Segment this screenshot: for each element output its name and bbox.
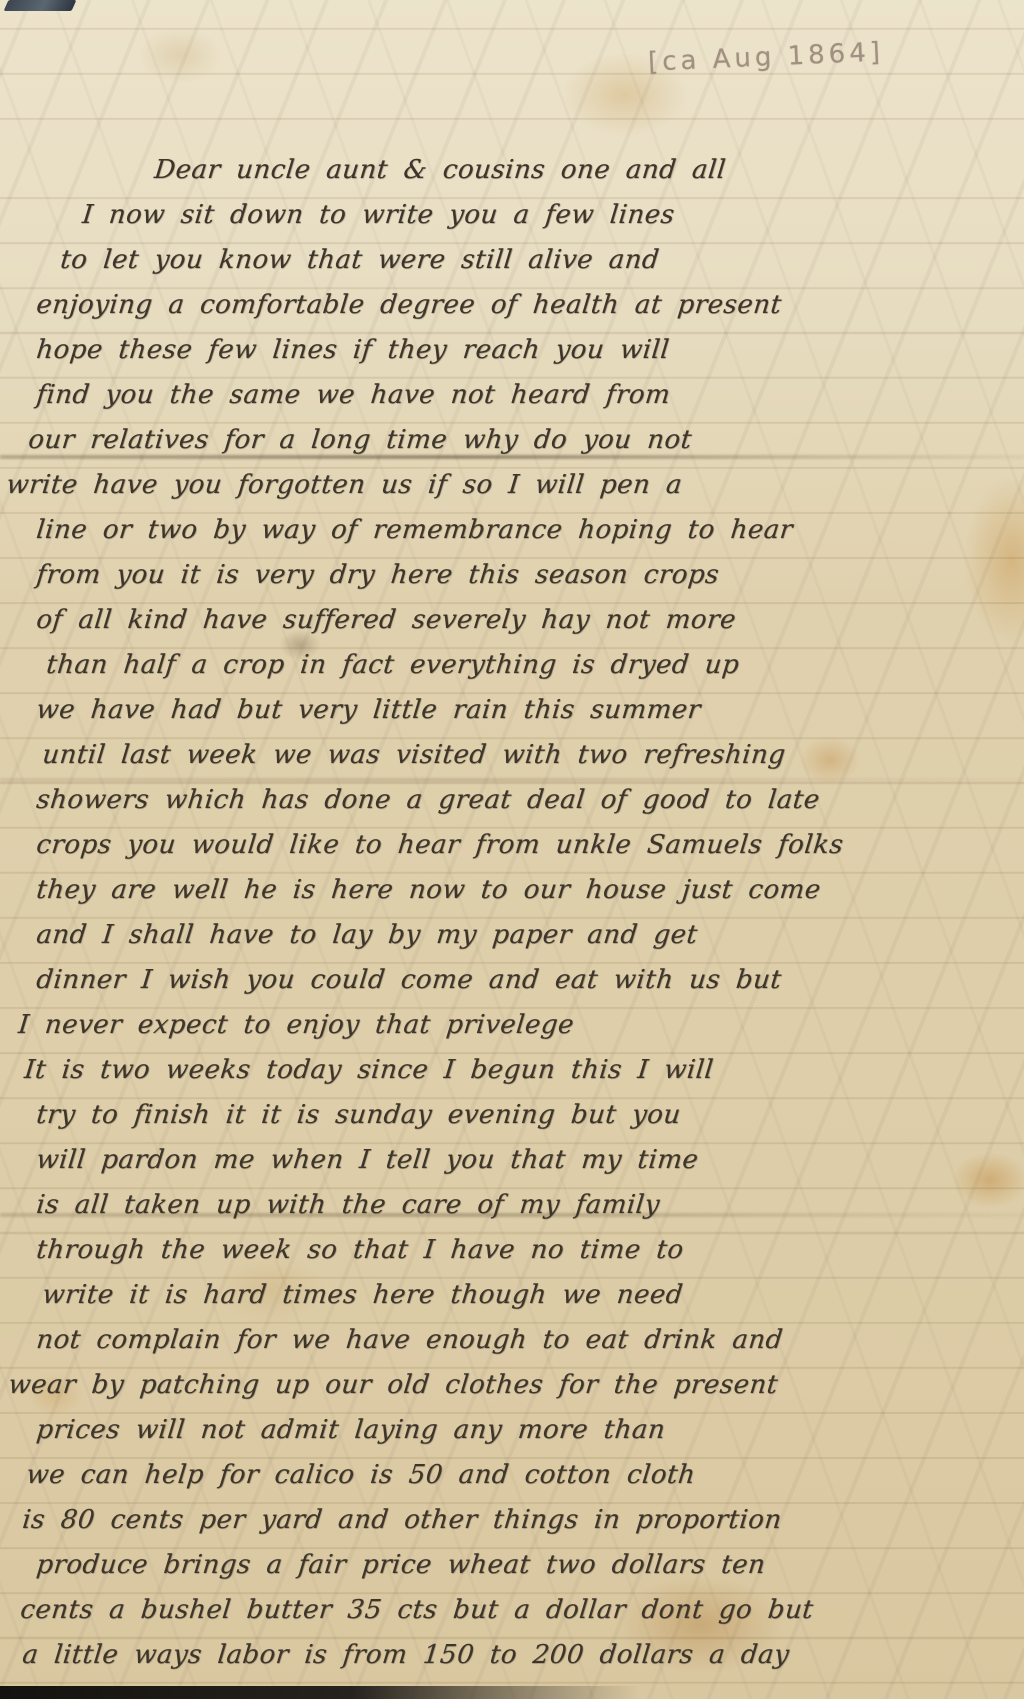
letter-line: cents a bushel butter 35 cts but a dolla… <box>0 1588 1005 1633</box>
letter-line: will pardon me when I tell you that my t… <box>0 1138 1005 1183</box>
letter-line: produce brings a fair price wheat two do… <box>0 1543 1005 1588</box>
letter-line: and I shall have to lay by my paper and … <box>0 913 1005 958</box>
letter-line: line or two by way of remembrance hoping… <box>0 508 1005 553</box>
letter-line: hope these few lines if they reach you w… <box>0 328 1005 373</box>
letter-line: write it is hard times here though we ne… <box>0 1273 1005 1318</box>
letter-line: Dear uncle aunt & cousins one and all <box>0 148 1005 193</box>
letter-page: [ca Aug 1864] Dear uncle aunt & cousins … <box>0 0 1024 1699</box>
scan-bottom-edge <box>0 1686 640 1699</box>
letter-line: is all taken up with the care of my fami… <box>0 1183 1005 1228</box>
letter-line: enjoying a comfortable degree of health … <box>0 283 1005 328</box>
letter-line: they are well he is here now to our hous… <box>0 868 1005 913</box>
letter-line: through the week so that I have no time … <box>0 1228 1005 1273</box>
letter-line: from you it is very dry here this season… <box>0 553 1005 598</box>
letter-line: prices will not admit laying any more th… <box>0 1408 1005 1453</box>
letter-line: is 80 cents per yard and other things in… <box>0 1498 1005 1543</box>
letter-line: showers which has done a great deal of g… <box>0 778 1005 823</box>
letter-line: dinner I wish you could come and eat wit… <box>0 958 1005 1003</box>
letter-line: a little ways labor is from 150 to 200 d… <box>0 1633 1005 1678</box>
letter-line: find you the same we have not heard from <box>0 373 1005 418</box>
letter-body: Dear uncle aunt & cousins one and all I … <box>0 148 1000 1678</box>
letter-line: wear by patching up our old clothes for … <box>0 1363 1005 1408</box>
letter-line: to let you know that were still alive an… <box>0 238 1005 283</box>
letter-line: write have you forgotten us if so I will… <box>0 463 1005 508</box>
letter-line: not complain for we have enough to eat d… <box>0 1318 1005 1363</box>
letter-line: we can help for calico is 50 and cotton … <box>0 1453 1005 1498</box>
letter-line: try to finish it it is sunday evening bu… <box>0 1093 1005 1138</box>
letter-line: I never expect to enjoy that privelege <box>0 1003 1005 1048</box>
letter-line: It is two weeks today since I begun this… <box>0 1048 1005 1093</box>
letter-line: of all kind have suffered severely hay n… <box>0 598 1005 643</box>
letter-line: until last week we was visited with two … <box>0 733 1005 778</box>
letter-line: we have had but very little rain this su… <box>0 688 1005 733</box>
letter-line: than half a crop in fact everything is d… <box>0 643 1005 688</box>
letter-line: our relatives for a long time why do you… <box>0 418 1005 463</box>
letter-line: I now sit down to write you a few lines <box>0 193 1005 238</box>
letter-line: crops you would like to hear from unkle … <box>0 823 1005 868</box>
mount-clip <box>4 0 77 11</box>
